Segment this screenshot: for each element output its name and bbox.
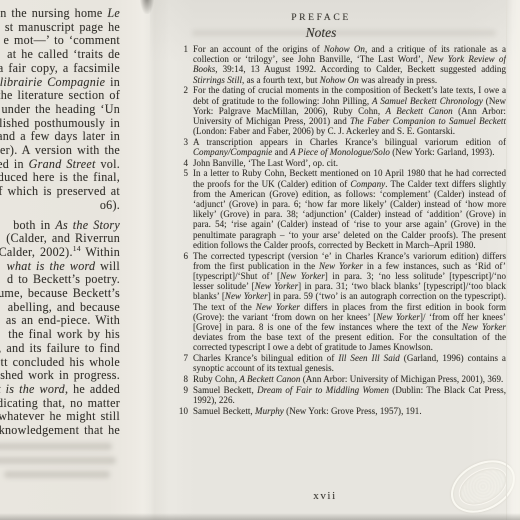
left-page-line: as an end-piece. With <box>0 314 120 328</box>
note-number: 7 <box>168 353 188 373</box>
note-number: 6 <box>168 251 188 353</box>
left-page-text: in the nursing home Lest manuscript page… <box>0 7 120 438</box>
note-number: 2 <box>168 85 188 136</box>
note-item: 6The corrected typescript (version ‘e’ i… <box>168 251 506 353</box>
left-page-line: knowledgement that he <box>0 424 120 438</box>
left-page-line: ett concluded his whole <box>0 356 120 370</box>
note-number: 8 <box>168 374 188 384</box>
section-title: Notes <box>152 25 490 41</box>
left-page-line: ume, because Beckett’s <box>0 287 120 301</box>
left-page-line: st manuscript page he <box>0 21 120 35</box>
note-text: John Banville, ‘The Last Word’, op. cit. <box>193 158 506 168</box>
left-page-line: e librairie Compagnie in <box>0 76 120 90</box>
note-item: 4John Banville, ‘The Last Word’, op. cit… <box>168 158 506 168</box>
left-page-line: both in As the Story <box>0 219 120 233</box>
book-gutter <box>143 0 169 520</box>
note-item: 2For the dating of crucial moments in th… <box>168 85 506 136</box>
left-page-line: d to Beckett’s poetry. <box>0 273 120 287</box>
note-item: 3A transcription appears in Charles Kran… <box>168 137 506 157</box>
note-item: 9Samuel Beckett, Dream of Fair to Middli… <box>168 385 506 405</box>
note-number: 9 <box>168 385 188 405</box>
note-text: Samuel Beckett, Dream of Fair to Middlin… <box>193 385 506 405</box>
note-number: 5 <box>168 168 188 250</box>
note-item: 10Samuel Beckett, Murphy (New York: Grov… <box>168 406 506 416</box>
note-text: For an account of the origins of Nohow O… <box>193 44 506 85</box>
showthrough-text-line <box>4 471 110 478</box>
left-page-line: in the nursing home Le <box>0 7 120 21</box>
showthrough-text-line <box>0 457 116 464</box>
left-page-line: o6). <box>0 199 120 213</box>
left-page-line: whatever he might still <box>0 410 120 424</box>
left-page-line: the literature section of <box>0 89 120 103</box>
left-page-line: shed work in progress. <box>0 369 120 383</box>
left-page-line: er). A version with the <box>0 144 120 158</box>
left-page-line: lished posthumously in <box>0 117 120 131</box>
chapter-title: PREFACE <box>152 12 490 23</box>
note-text: Charles Krance’s bilingual edition of Il… <box>193 353 506 373</box>
left-page-line: Calder, 2002).14 Within <box>0 246 120 260</box>
left-page-line: the final work by his <box>0 328 120 342</box>
note-text: In a letter to Ruby Cohn, Beckett mentio… <box>193 168 506 250</box>
note-number: 1 <box>168 44 188 85</box>
note-item: 8Ruby Cohn, A Beckett Canon (Ann Arbor: … <box>168 374 506 384</box>
left-page-line: what is the word will <box>0 260 120 274</box>
left-page-line: , and its failure to find <box>0 342 120 356</box>
showthrough-text-line <box>0 443 112 450</box>
left-page-line: under the heading ‘Un <box>0 103 120 117</box>
left-page-line: and a few days later in <box>0 130 120 144</box>
note-item: 5In a letter to Ruby Cohn, Beckett menti… <box>168 168 506 250</box>
note-number: 10 <box>168 406 188 416</box>
left-page-line: hat is the word, he added <box>0 383 120 397</box>
left-page-line: at he called ‘traits de <box>0 48 120 62</box>
left-page-line: abelling, and because <box>0 301 120 315</box>
note-text: Ruby Cohn, A Beckett Canon (Ann Arbor: U… <box>193 374 506 384</box>
note-number: 4 <box>168 158 188 168</box>
book-photo: in the nursing home Lest manuscript page… <box>0 0 520 520</box>
note-number: 3 <box>168 137 188 157</box>
note-text: Samuel Beckett, Murphy (New York: Grove … <box>193 406 506 416</box>
note-text: The corrected typescript (version ‘e’ in… <box>193 251 506 353</box>
left-page-line: dicating that, no matter <box>0 397 120 411</box>
note-item: 7Charles Krance’s bilingual edition of I… <box>168 353 506 373</box>
page-heading: PREFACE Notes <box>152 12 490 41</box>
page-number: xvii <box>156 490 494 502</box>
note-item: 1For an account of the origins of Nohow … <box>168 44 506 85</box>
left-page-line: (Calder, and Riverrun <box>0 232 120 246</box>
left-page-line: duced here is the final, <box>0 171 120 185</box>
note-text: For the dating of crucial moments in the… <box>193 85 506 136</box>
photo-bottom-edge <box>0 513 520 520</box>
left-page-line: f which is preserved at <box>0 185 120 199</box>
left-page-line: ned in Grand Street vol. <box>0 158 120 172</box>
page-fore-edge <box>506 0 520 520</box>
left-page-line: e mot—’ to ‘comment <box>0 34 120 48</box>
notes-list: 1For an account of the origins of Nohow … <box>168 44 506 416</box>
left-page-line: t a fair copy, a facsimile <box>0 62 120 76</box>
note-text: A transcription appears in Charles Kranc… <box>193 137 506 157</box>
